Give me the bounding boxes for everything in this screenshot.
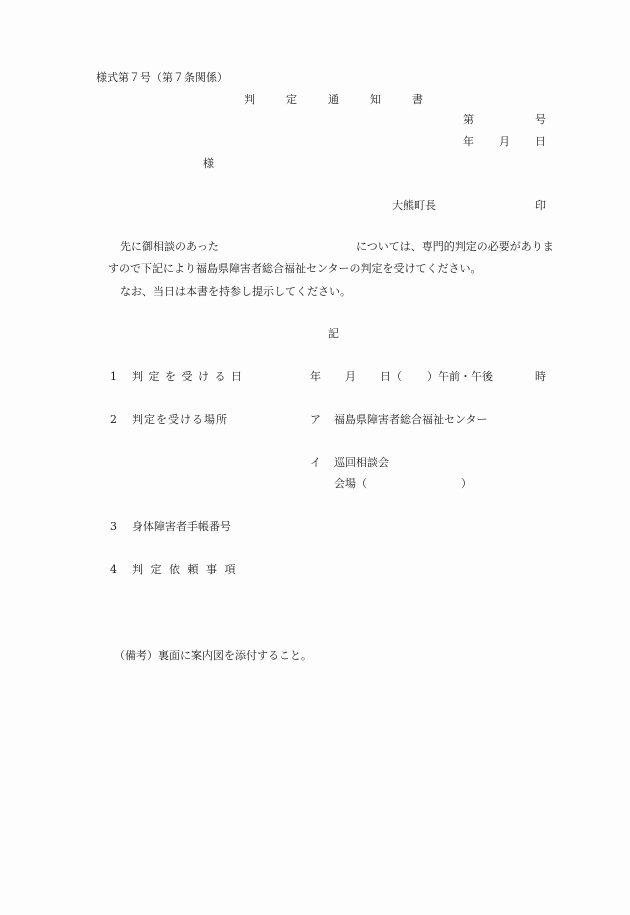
- issuer-seal: 印: [535, 199, 546, 213]
- item-number: 1: [110, 370, 117, 384]
- form-label: 様式第７号（第７条関係）: [96, 71, 228, 85]
- addressee-suffix: 様: [203, 157, 214, 171]
- body-line1-end: については、専門的判定の必要がありま: [356, 240, 554, 254]
- venue-label: 会場（: [334, 477, 367, 491]
- item-date-year: 年: [310, 370, 321, 384]
- remarks-note: （備考）裏面に案内図を添付すること。: [114, 649, 312, 663]
- ki-heading: 記: [328, 327, 339, 341]
- item-date-month: 月: [345, 370, 356, 384]
- title-char: 判: [244, 93, 255, 107]
- title-char: 知: [370, 93, 381, 107]
- date-month: 月: [499, 135, 510, 149]
- date-year: 年: [463, 135, 474, 149]
- item-number: 3: [110, 520, 117, 534]
- body-line3: なお、当日は本書を持参し提示してください。: [120, 285, 351, 299]
- item-label-date: 判 定 を 受 け る 日: [132, 370, 243, 384]
- place-option-text: 福島県障害者総合福祉センター: [334, 413, 488, 427]
- body-line1-start: 先に御相談のあった: [120, 240, 219, 254]
- venue-close: ）: [461, 477, 472, 491]
- title-char: 書: [412, 93, 423, 107]
- item-label-handbook: 身体障害者手帳番号: [132, 520, 231, 534]
- place-option-marker: イ: [310, 456, 321, 470]
- item-number: 2: [110, 413, 117, 427]
- item-date-day: 日（: [380, 370, 402, 384]
- item-date-ampm: ）午前・午後: [427, 370, 493, 384]
- place-option-text: 巡回相談会: [334, 456, 389, 470]
- date-day: 日: [535, 135, 546, 149]
- issuer-name: 大熊町長: [392, 199, 436, 213]
- place-option-marker: ア: [310, 413, 321, 427]
- item-number: 4: [110, 563, 117, 577]
- body-line2: すので下記により福島県障害者総合福祉センターの判定を受けてください。: [108, 262, 482, 276]
- number-suffix: 号: [535, 113, 546, 127]
- title-char: 定: [286, 93, 297, 107]
- number-prefix: 第: [463, 113, 474, 127]
- title-char: 通: [328, 93, 339, 107]
- item-label-place: 判定を受ける場所: [132, 413, 228, 427]
- item-label-request: 判 定 依 頼 事 項: [132, 563, 237, 577]
- item-date-hour: 時: [535, 370, 546, 384]
